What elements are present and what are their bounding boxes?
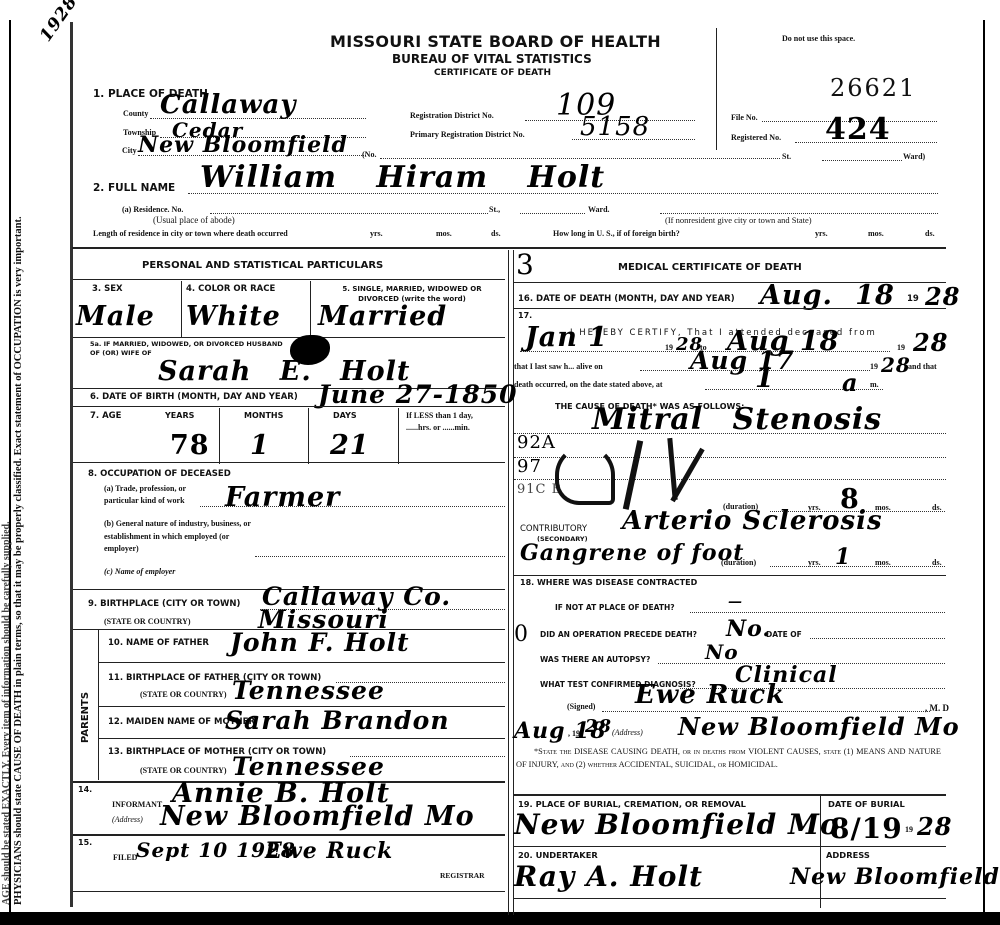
occupation-trade-label: (a) Trade, profession, or particular kin…: [104, 483, 202, 507]
registrar-signature: Ewe Ruck: [265, 838, 393, 864]
sex-value: Male: [76, 301, 155, 332]
father-name-label: 10. NAME OF FATHER: [108, 638, 209, 648]
age-divider-3: [398, 408, 399, 464]
cause-line-1: [514, 433, 946, 434]
last-saw-year-value: 28: [881, 353, 911, 377]
signed-label: (Signed): [567, 702, 595, 711]
burial-place-value: New Bloomfield Mo: [514, 808, 840, 841]
file-no-label: File No.: [731, 113, 758, 122]
autopsy-label: WAS THERE AN AUTOPSY?: [540, 655, 650, 664]
operation-value: No.: [726, 616, 771, 642]
row-rule-20: [514, 898, 946, 899]
if-not-at-place-label: IF NOT AT PLACE OF DEATH?: [555, 603, 675, 612]
primary-reg-label: Primary Registration District No.: [410, 130, 525, 139]
length-mos-label: mos.: [436, 229, 452, 238]
us-yrs-label: yrs.: [815, 229, 828, 238]
age-years-value: 78: [170, 430, 210, 461]
residence-ward-label: Ward.: [588, 205, 610, 214]
cause-ds-label: ds.: [932, 503, 942, 512]
foreign-birth-label: How long in U. S., if of foreign birth?: [553, 229, 680, 238]
dod-value: Aug. 18: [760, 280, 895, 311]
employer-label: (c) Name of employer: [104, 567, 175, 576]
row-rule-burial: [514, 794, 946, 796]
physician-address-value: New Bloomfield Mo: [678, 712, 960, 741]
length-ds-label: ds.: [491, 229, 501, 238]
row-rule-19: [514, 846, 946, 847]
undertaker-value: Ray A. Holt: [514, 860, 703, 893]
form-title: MISSOURI STATE BOARD OF HEALTH: [330, 32, 661, 51]
burial-year-prefix: 19: [905, 825, 913, 834]
age-days-label: DAYS: [333, 411, 357, 420]
burial-date-label: DATE OF BURIAL: [828, 799, 905, 809]
attended-from-value: Jan 1: [525, 322, 608, 353]
personal-heading-rule: [73, 279, 505, 280]
row-rule-15: [73, 891, 505, 892]
ward-line: [822, 160, 902, 161]
occupation-industry-line: [255, 556, 505, 557]
occupation-label: 8. OCCUPATION OF DECEASED: [88, 469, 231, 479]
registrar-label: REGISTRAR: [440, 871, 485, 880]
age-days-value: 21: [330, 430, 370, 461]
margin-instruction-line1: PHYSICIANS should state CAUSE OF DEATH i…: [13, 25, 24, 905]
row-rule-10: [99, 662, 505, 663]
birthplace-state-label: (STATE OR COUNTRY): [104, 617, 191, 626]
operation-mark: 0: [514, 622, 529, 647]
contributory-duration-yrs-value: 1: [835, 544, 851, 570]
father-state-label: (STATE OR COUNTRY): [140, 690, 227, 699]
contributory-ds-label: ds.: [932, 558, 942, 567]
dod-year-prefix: 19: [907, 294, 919, 304]
do-not-use-note: Do not use this space.: [782, 34, 855, 43]
contributory-yrs-label: yrs.: [808, 558, 821, 567]
birthplace-label: 9. BIRTHPLACE (CITY OR TOWN): [88, 599, 240, 609]
us-mos-label: mos.: [868, 229, 884, 238]
full-name-value: William Hiram Holt: [200, 160, 605, 195]
cause-code-2: 97: [517, 456, 542, 477]
filed-label: FILED: [113, 853, 137, 862]
age-divider-1: [219, 408, 220, 464]
burial-year-value: 28: [917, 812, 952, 841]
form-left-border: [70, 22, 73, 907]
medical-heading: MEDICAL CERTIFICATE OF DEATH: [618, 262, 802, 273]
city-value: New Bloomfield: [138, 132, 348, 158]
street-label: St.: [782, 152, 791, 161]
signed-year-prefix: , 19: [568, 729, 580, 738]
dod-label: 16. DATE OF DEATH (MONTH, DAY AND YEAR): [518, 294, 735, 304]
parents-divider: [98, 630, 99, 780]
county-value: Callaway: [160, 90, 296, 120]
column-divider-a: [508, 250, 509, 915]
age-divider-2: [308, 408, 309, 464]
age-years-label: YEARS: [165, 411, 194, 420]
mother-name-value: Sarah Brandon: [225, 706, 450, 735]
residence-st-label: St.,: [489, 205, 500, 214]
undertaker-address-label: ADDRESS: [826, 850, 870, 860]
death-certificate: PHYSICIANS should state CAUSE OF DEATH i…: [0, 0, 1000, 925]
less-than-day-label: If LESS than 1 day, ......hrs. or ......…: [406, 410, 488, 434]
certificate-number: 26621: [830, 74, 916, 102]
contributory-label: CONTRIBUTORY: [520, 524, 587, 534]
last-saw-value: Aug 17: [690, 346, 795, 375]
length-yrs-label: yrs.: [370, 229, 383, 238]
residence-ward-line: [520, 213, 585, 214]
and-that-label: and that: [908, 362, 937, 371]
contributory-mos-label: mos.: [875, 558, 891, 567]
m-label: m.: [870, 380, 879, 389]
death-time-label: death occurred, on the date stated above…: [514, 380, 663, 389]
item17-num: 17.: [518, 311, 532, 320]
ward-label: Ward): [903, 152, 925, 161]
row-rule-7: [73, 462, 505, 463]
undertaker-address-value: New Bloomfield: [790, 864, 1000, 890]
row-rule-5: [73, 337, 505, 338]
registered-no-value: 424: [825, 112, 891, 147]
cause-of-death-value: Mitral Stenosis: [592, 402, 882, 437]
medical-corner-mark: 3: [516, 248, 535, 281]
contributory-value-2: Gangrene of foot: [520, 540, 744, 566]
residence-sub-label: (Usual place of abode): [153, 215, 235, 225]
mother-state-label: (STATE OR COUNTRY): [140, 766, 227, 775]
dob-label: 6. DATE OF BIRTH (MONTH, DAY AND YEAR): [90, 392, 298, 402]
row-rule-12: [99, 738, 505, 739]
residence-label: (a) Residence. No.: [122, 205, 183, 214]
sex-race-divider: [181, 281, 182, 337]
filed-num: 15.: [78, 838, 92, 847]
mother-state-value: Tennessee: [232, 752, 385, 781]
dod-year-value: 28: [925, 282, 960, 311]
margin-instruction-line2: AGE should be stated EXACTLY. Every item…: [1, 25, 12, 905]
row-rule-17: [514, 575, 946, 576]
code-scribble-1: [555, 445, 615, 505]
bottom-border: [0, 912, 1000, 925]
residence-line: [210, 213, 488, 214]
race-value: White: [186, 301, 281, 332]
informant-address-label: (Address): [112, 815, 143, 824]
length-of-residence-label: Length of residence in city or town wher…: [93, 229, 288, 238]
dob-value: June 27-1850: [318, 380, 518, 409]
from-year-prefix: 19: [665, 343, 673, 352]
row-rule-16: [514, 308, 946, 309]
year-stamp: 1928: [36, 0, 82, 45]
contributory-value: Arterio Sclerosis: [622, 506, 883, 536]
personal-heading: PERSONAL AND STATISTICAL PARTICULARS: [142, 260, 383, 271]
registered-no-label: Registered No.: [731, 133, 781, 142]
race-marital-divider: [310, 281, 311, 337]
age-label: 7. AGE: [90, 411, 121, 421]
city-label: City: [122, 146, 137, 155]
where-contracted-label: 18. WHERE WAS DISEASE CONTRACTED: [520, 578, 697, 587]
reg-district-label: Registration District No.: [410, 111, 494, 120]
operation-label: DID AN OPERATION PRECEDE DEATH?: [540, 630, 697, 639]
to-year-prefix: 19: [897, 343, 905, 352]
father-name-value: John F. Holt: [230, 628, 410, 657]
age-months-label: MONTHS: [244, 411, 283, 420]
informant-num: 14.: [78, 785, 92, 794]
county-label: County: [123, 109, 148, 118]
occupation-trade-value: Farmer: [225, 482, 340, 513]
street-no-label: (No.: [362, 150, 376, 159]
form-subtitle2: CERTIFICATE OF DEATH: [434, 68, 551, 78]
nonresident-note: (If nonresident give city or town and St…: [665, 215, 812, 225]
cause-code-1: 92A: [517, 432, 556, 453]
if-not-at-place-line: [690, 612, 945, 613]
undertaker-label: 20. UNDERTAKER: [518, 850, 598, 860]
parents-side-label: PARENTS: [80, 692, 91, 743]
row-rule-14: [73, 834, 505, 836]
nonresident-line: [660, 213, 938, 214]
burial-date-value: 8/19: [830, 812, 903, 845]
death-ampm-value: a: [842, 368, 859, 397]
header-section-divider: [72, 247, 946, 249]
if-not-at-place-value: —: [728, 594, 743, 610]
physician-signature: Ewe Ruck: [635, 680, 785, 710]
us-ds-label: ds.: [925, 229, 935, 238]
operation-date-line: [810, 638, 945, 639]
death-time-value: 1: [755, 363, 775, 394]
street-no-line: [380, 158, 780, 159]
autopsy-value: No: [705, 640, 739, 664]
signed-year-value: 28: [585, 716, 612, 737]
row-rule-6: [73, 406, 505, 407]
last-saw-label: that I last saw h... alive on: [514, 362, 603, 371]
age-months-value: 1: [250, 430, 270, 461]
primary-reg-value: 5158: [580, 112, 650, 142]
physician-address-label: (Address): [612, 728, 643, 737]
cause-footnote: *State the DISEASE CAUSING DEATH, or in …: [516, 746, 941, 771]
full-name-label: 2. FULL NAME: [93, 182, 175, 194]
form-right-border: [983, 20, 985, 912]
informant-label: INFORMANT: [112, 800, 162, 809]
header-divider: [716, 28, 717, 150]
occupation-industry-label: (b) General nature of industry, business…: [104, 518, 254, 556]
father-state-value: Tennessee: [232, 676, 385, 705]
form-subtitle: BUREAU OF VITAL STATISTICS: [392, 52, 592, 66]
to-year-value: 28: [913, 328, 948, 357]
informant-address-value: New Bloomfield Mo: [160, 801, 475, 832]
sex-label: 3. SEX: [92, 284, 123, 294]
code-scribble-2: [623, 440, 643, 510]
contributory-duration-label: (duration): [721, 558, 756, 567]
marital-value: Married: [318, 301, 447, 332]
contributory-duration-line: [770, 566, 945, 567]
operation-date-label: DATE OF: [766, 630, 802, 639]
race-label: 4. COLOR OR RACE: [186, 284, 275, 294]
last-saw-year-prefix: 19: [870, 362, 878, 371]
